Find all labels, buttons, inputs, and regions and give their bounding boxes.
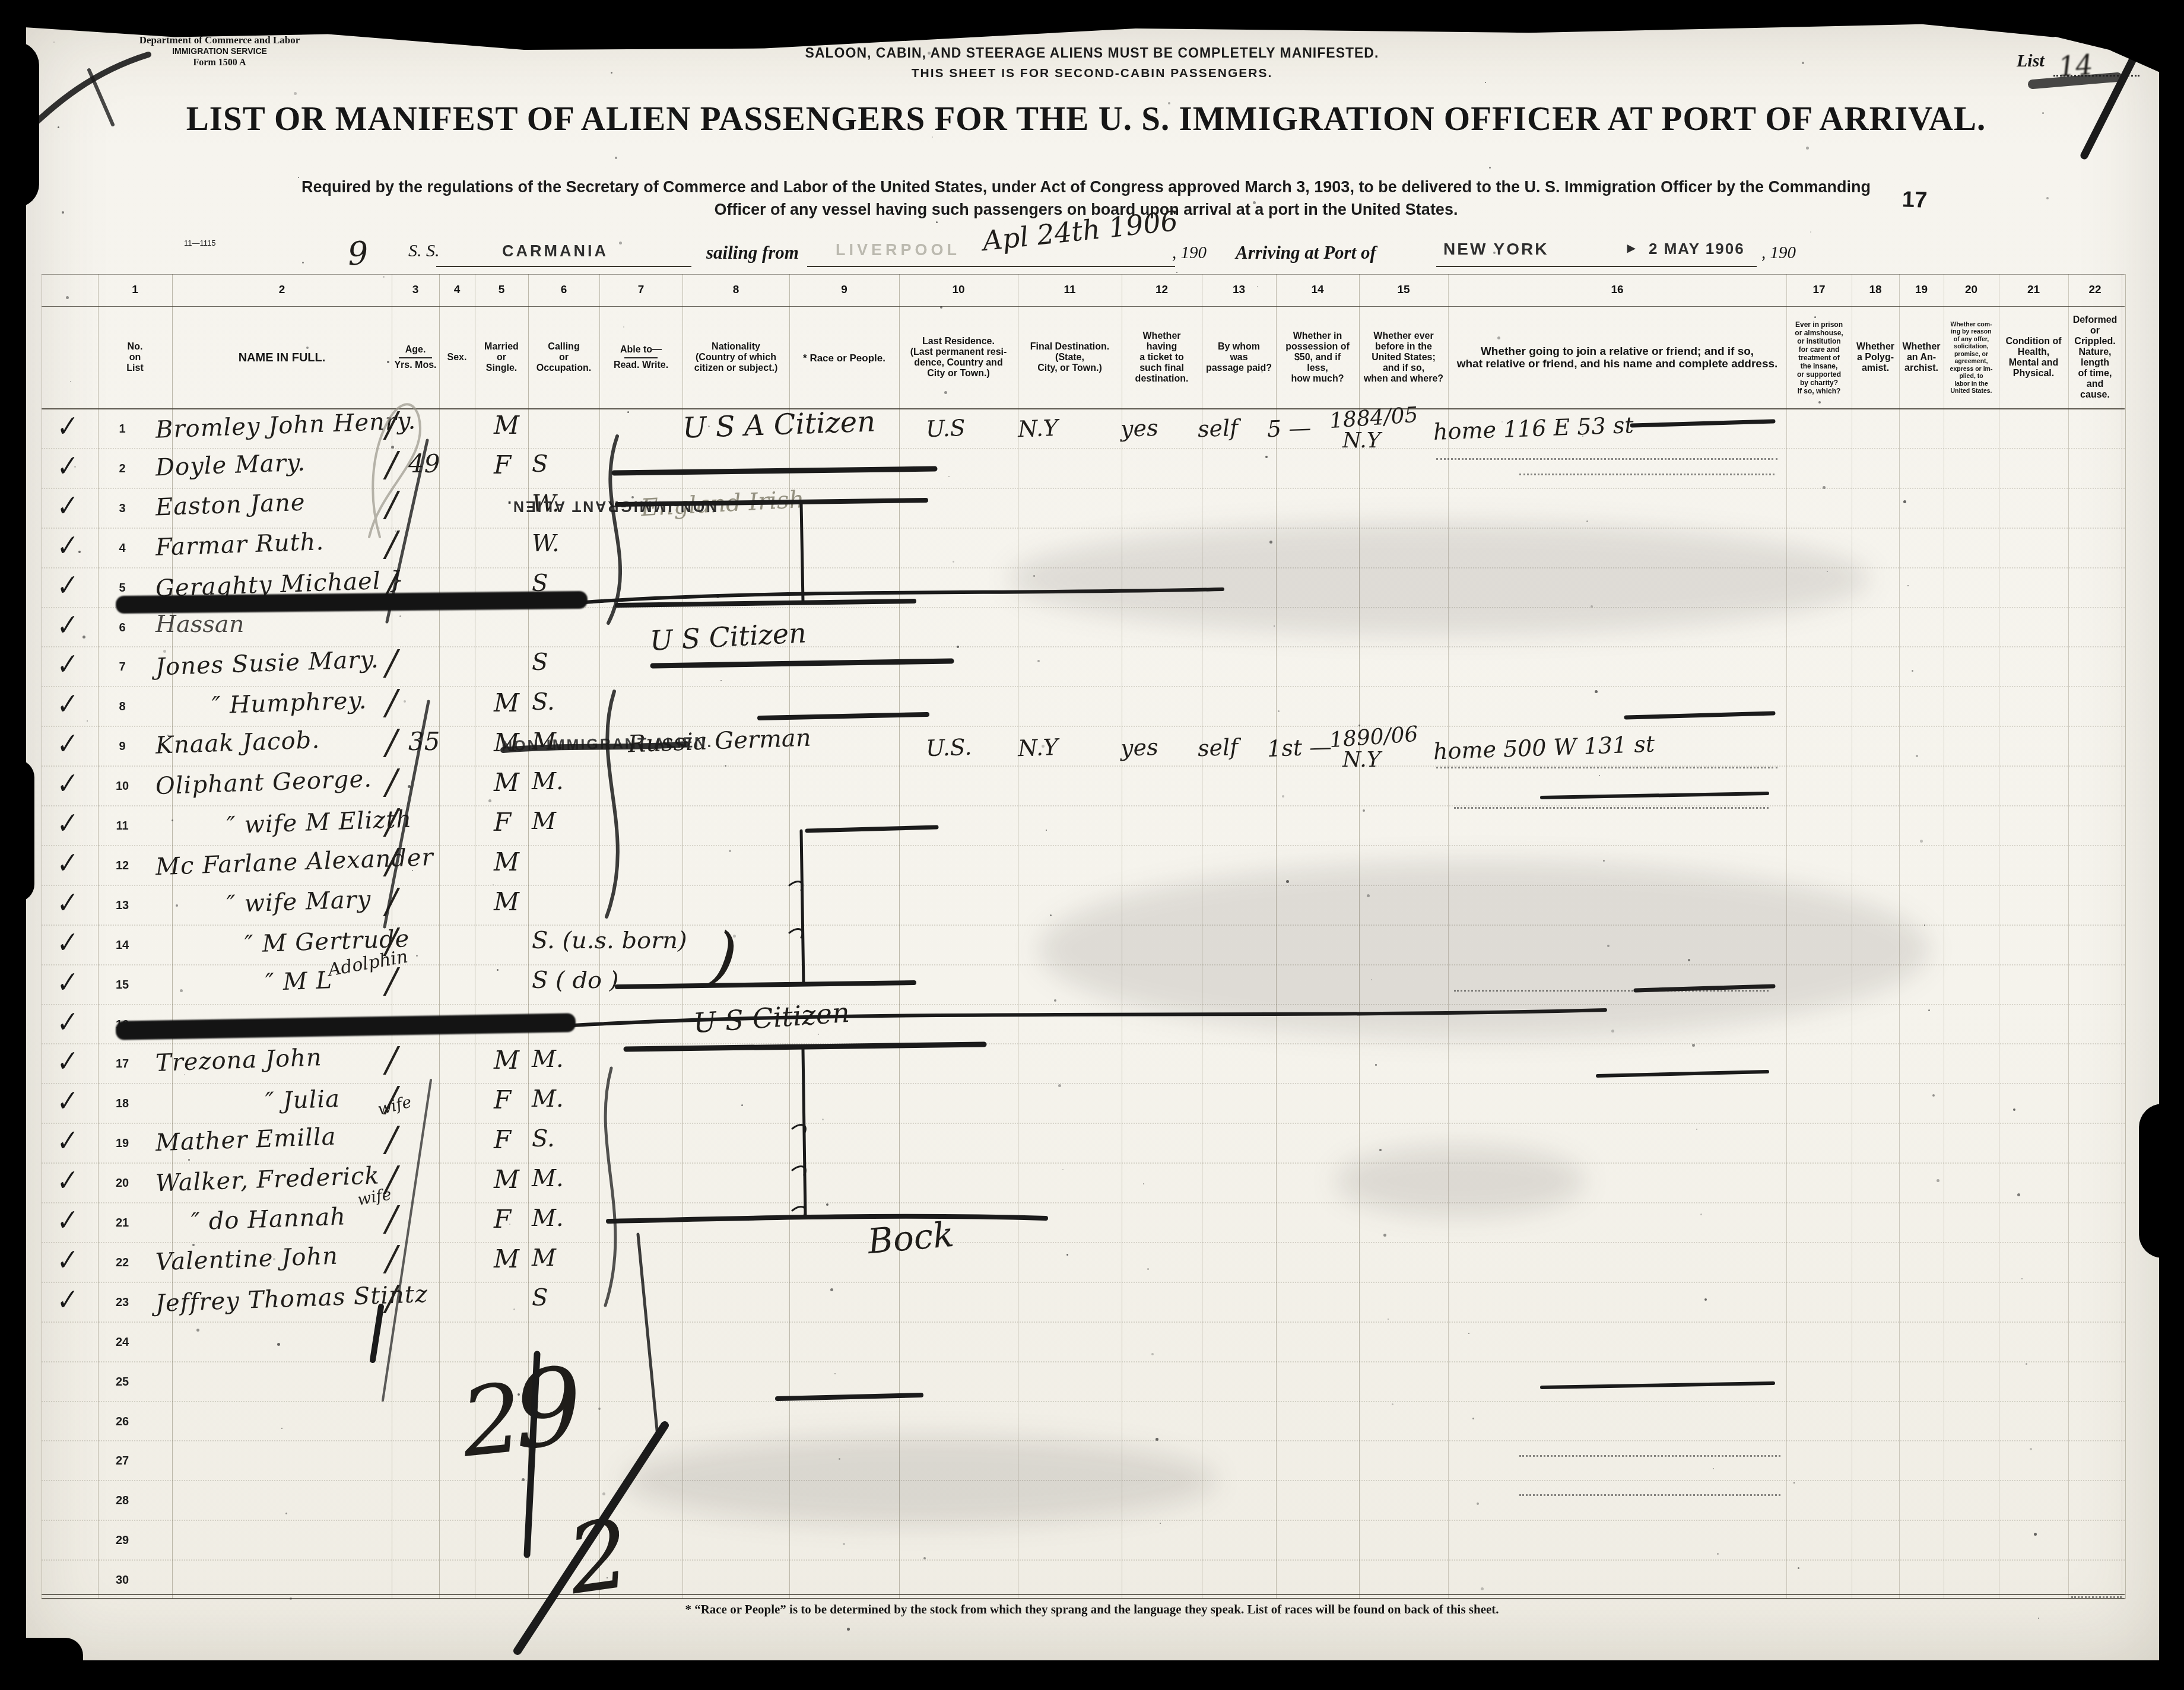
- scan-speckle: [611, 72, 612, 74]
- scan-smudge: [623, 1436, 1217, 1525]
- name-tick-mark: /: [386, 881, 398, 922]
- column-header-22: Deformed orCrippled.Nature, lengthof tim…: [2070, 310, 2120, 406]
- scan-speckle: [1924, 925, 1925, 926]
- row-number: 26: [116, 1415, 129, 1429]
- last_residence-value-row9: U.S.: [925, 734, 972, 762]
- header-label-line: labor in the: [1954, 380, 1988, 388]
- scan-speckle: [741, 1104, 743, 1106]
- header-label-line: on: [129, 352, 141, 363]
- scan-speckle: [615, 157, 617, 159]
- scan-speckle: [1827, 571, 1828, 572]
- column-number: 17: [1812, 284, 1825, 297]
- marital-value: M: [532, 808, 556, 835]
- sailing-from-label: sailing from: [706, 242, 799, 263]
- scan-speckle: [1388, 1319, 1389, 1320]
- header-label-line: less,: [1307, 363, 1328, 374]
- header-rule: [399, 357, 432, 358]
- header-label-line: United States.: [1950, 387, 1992, 395]
- scan-speckle: [839, 1458, 840, 1460]
- scan-speckle: [1358, 725, 1360, 726]
- scan-speckle: [188, 1159, 190, 1161]
- scan-speckle: [737, 1019, 738, 1021]
- scan-speckle: [501, 1054, 503, 1056]
- column-header-19: Whetheran An-archist.: [1901, 310, 1942, 406]
- scan-speckle: [172, 819, 173, 821]
- header-label-line: how much?: [1291, 374, 1344, 385]
- scan-speckle: [2013, 1108, 2015, 1111]
- scan-speckle: [936, 221, 938, 223]
- row-separator: [42, 1361, 2125, 1362]
- header-label-line: Last Residence.: [922, 336, 995, 347]
- sex-value: F: [494, 450, 511, 479]
- scan-speckle: [843, 1543, 845, 1545]
- column-number: 5: [499, 284, 505, 297]
- ship-name-stamp: CARMANIA: [502, 242, 608, 261]
- scan-speckle: [290, 1597, 292, 1600]
- scan-speckle: [1379, 1149, 1382, 1151]
- scan-speckle: [58, 126, 59, 128]
- sex-value: F: [494, 808, 511, 837]
- scan-speckle: [277, 1343, 280, 1346]
- document-title: LIST OR MANIFEST OF ALIEN PASSENGERS FOR…: [107, 100, 2065, 138]
- scan-speckle: [851, 122, 852, 123]
- column-number: 6: [561, 284, 567, 297]
- row-separator: [42, 1559, 2125, 1561]
- paid_by-value-row9: self: [1197, 734, 1239, 761]
- scan-speckle: [716, 595, 719, 598]
- row-number: 7: [119, 660, 125, 674]
- scan-speckle: [387, 361, 389, 363]
- column-number: 2: [279, 284, 285, 297]
- header-label-line: Nature, length: [2070, 347, 2120, 369]
- scan-speckle: [1586, 520, 1588, 522]
- scan-speckle: [1810, 231, 1811, 233]
- column-number: 21: [2027, 284, 2040, 297]
- header-label-line: was: [1230, 352, 1247, 363]
- scan-speckle: [1481, 1587, 1484, 1590]
- column-header-18: Whethera Polyg-amist.: [1853, 310, 1897, 406]
- column-header-9: * Race or People.: [791, 310, 897, 406]
- scan-speckle: [619, 242, 622, 244]
- scan-speckle: [1037, 660, 1040, 662]
- row-number: 18: [116, 1097, 129, 1111]
- scan-speckle: [1274, 625, 1275, 627]
- scan-speckle: [1265, 456, 1268, 458]
- scan-speckle: [623, 326, 624, 328]
- sex-value: F: [494, 1085, 511, 1114]
- scan-speckle: [1493, 252, 1496, 254]
- column-number: 4: [454, 284, 461, 297]
- name-tick-mark: /: [386, 802, 398, 842]
- scan-smudge: [1335, 1145, 1585, 1216]
- scan-speckle: [1147, 1268, 1149, 1270]
- row-number: 13: [116, 899, 129, 913]
- scan-speckle: [708, 425, 710, 427]
- scan-speckle: [70, 381, 71, 382]
- row-number: 12: [116, 859, 129, 873]
- scan-speckle: [1046, 830, 1047, 831]
- table-horizontal-rule: [42, 1594, 2125, 1595]
- scan-speckle: [306, 347, 309, 349]
- row-number: 4: [119, 542, 125, 555]
- arrival-port-stamp: NEW YORK: [1443, 240, 1549, 259]
- header-label-line: Whether: [1903, 342, 1941, 352]
- page-number-stamp: 17: [1902, 187, 1928, 213]
- marital-value: M.: [532, 1085, 564, 1113]
- scan-speckle: [1607, 945, 1610, 947]
- scan-speckle: [1591, 605, 1593, 608]
- scan-speckle: [281, 1428, 282, 1429]
- passenger-name: ″ M L: [265, 967, 332, 996]
- before-where-value-row2: N.Y: [1342, 428, 1380, 453]
- sex-value: M: [494, 411, 519, 440]
- scan-speckle: [1818, 401, 1821, 404]
- scan-border-left-bulge: [0, 42, 39, 208]
- column-number: 18: [1869, 284, 1881, 297]
- scan-speckle: [2017, 1193, 2020, 1196]
- header-label-line: Single.: [486, 363, 517, 374]
- sex-value: M: [494, 1165, 519, 1194]
- passenger-name: ″ do Hannah: [191, 1203, 346, 1235]
- passenger-name: Farmar Ruth.: [155, 528, 324, 561]
- ship-name-underline: [436, 266, 691, 267]
- sex-value: M: [494, 688, 519, 717]
- scan-speckle: [1932, 1094, 1935, 1097]
- row-separator: [42, 1083, 2125, 1084]
- header-label-line: Condition of: [2005, 336, 2061, 347]
- scan-speckle: [631, 496, 634, 498]
- scan-speckle: [1798, 1567, 1799, 1569]
- scan-speckle: [1383, 1234, 1386, 1237]
- header-label-line: of time, and: [2070, 369, 2120, 390]
- marital-value: S.: [532, 1125, 555, 1152]
- agency-line3: Form 1500 A: [125, 57, 315, 68]
- row-number: 5: [119, 582, 125, 595]
- column-header-5: MarriedorSingle.: [477, 310, 526, 406]
- header-label-line: amist.: [1862, 363, 1889, 374]
- header-label-line: NAME IN FULL.: [239, 351, 326, 364]
- column-header-21: Condition ofHealth,Mental andPhysical.: [2001, 310, 2066, 406]
- header-label-line: If so, which?: [1798, 387, 1841, 395]
- row-separator: [42, 488, 2125, 489]
- scan-speckle: [1062, 1169, 1064, 1170]
- marital-value: M.: [532, 1046, 564, 1073]
- scan-speckle: [725, 765, 726, 767]
- column-header-4: Sex.: [441, 310, 473, 406]
- list-label: List: [2017, 51, 2045, 71]
- scan-speckle: [1269, 541, 1272, 544]
- row-separator: [42, 1321, 2125, 1323]
- scan-speckle: [408, 785, 411, 788]
- scan-speckle: [1477, 1502, 1479, 1505]
- header-label-line: Whether in: [1293, 331, 1342, 342]
- header-label-line: Whether: [1856, 342, 1894, 352]
- scan-speckle: [294, 92, 297, 95]
- scan-speckle: [847, 1628, 850, 1631]
- column-header-10: Last Residence.(Last permanent resi-denc…: [901, 310, 1016, 406]
- scan-border-left-bulge2: [0, 760, 34, 902]
- notice-line2: THIS SHEET IS FOR SECOND-CABIN PASSENGER…: [499, 66, 1685, 81]
- header-label-line: the insane,: [1801, 362, 1838, 370]
- scan-speckle: [1603, 860, 1605, 862]
- column-number: 11: [1064, 284, 1075, 297]
- scan-speckle: [1472, 1418, 1474, 1419]
- header-label-line: an An-: [1907, 352, 1936, 363]
- scan-speckle: [1793, 1482, 1795, 1483]
- scan-speckle: [953, 561, 954, 563]
- scan-speckle: [1912, 670, 1913, 672]
- scan-speckle: [399, 615, 401, 617]
- scan-speckle: [404, 700, 406, 703]
- name-tick-mark: /: [386, 1040, 398, 1080]
- column-number: 9: [841, 284, 847, 297]
- column-header-13: By whomwaspassage paid?: [1204, 310, 1274, 406]
- row-separator: [42, 528, 2125, 529]
- arriving-label: Arriving at Port of: [1236, 242, 1376, 263]
- scan-speckle: [1700, 1214, 1702, 1215]
- scan-speckle: [1920, 840, 1923, 843]
- row-number: 3: [119, 502, 125, 516]
- column-header-20: Whether com-ing by reasonof any offer,so…: [1945, 310, 1997, 406]
- scan-speckle: [1599, 775, 1600, 776]
- scan-speckle: [1054, 999, 1056, 1002]
- scan-speckle: [729, 850, 731, 852]
- header-label-line: Whether ever: [1373, 331, 1433, 342]
- row-number: 27: [116, 1454, 129, 1468]
- arrival-marker-icon: ▸: [1627, 239, 1637, 257]
- marital-value: M: [532, 1244, 556, 1272]
- arrival-underline: [1436, 266, 1757, 267]
- form-code: 11—1115: [184, 239, 216, 247]
- scan-smudge: [1009, 522, 1869, 635]
- last_residence-value-row2: U.S: [925, 415, 966, 442]
- row-separator: [42, 448, 2125, 449]
- scan-border-right: [2159, 0, 2184, 1690]
- name-tick-mark: /: [386, 1199, 398, 1239]
- scan-speckle: [302, 262, 304, 263]
- table-horizontal-rule: [42, 274, 2125, 275]
- scan-speckle: [184, 1074, 185, 1075]
- scan-speckle: [1501, 421, 1503, 422]
- row-number: 29: [116, 1534, 129, 1548]
- scan-speckle: [720, 680, 722, 681]
- scan-speckle: [1392, 1403, 1393, 1405]
- marital-value: M.: [532, 768, 564, 795]
- scan-speckle: [1468, 1333, 1469, 1334]
- name-tick-mark: /: [386, 762, 398, 802]
- header-label-line: what relative or friend, and his name an…: [1457, 358, 1778, 370]
- table-right-double-rule: [2125, 274, 2126, 1599]
- name-tick-mark: /: [386, 444, 398, 485]
- row-number: 28: [116, 1494, 129, 1508]
- header-label-line: or almshouse,: [1795, 329, 1843, 337]
- scan-speckle: [176, 904, 178, 907]
- scan-speckle: [87, 720, 88, 722]
- dotted-leader-line: [1436, 767, 1777, 768]
- non-immigrant-alien-stamp: NON-IMMIGRANT ALIEN.: [506, 497, 717, 514]
- scan-speckle: [1907, 585, 1909, 586]
- sex-value: M: [494, 847, 519, 876]
- scan-speckle: [1058, 1084, 1061, 1087]
- scan-speckle: [497, 969, 499, 971]
- header-label-line: express or im-: [1950, 366, 1993, 373]
- row-separator: [42, 1202, 2125, 1203]
- column-number: 1: [132, 284, 138, 297]
- header-label-line: when and where?: [1364, 374, 1443, 385]
- scan-speckle: [1261, 371, 1263, 373]
- name-tick-mark: /: [386, 524, 398, 564]
- header-label-line: before in the: [1375, 342, 1432, 352]
- column-number: 20: [1965, 284, 1977, 297]
- column-header-1: No.onList: [100, 310, 170, 406]
- row-separator: [42, 1520, 2125, 1521]
- header-label-line: Nationality: [712, 342, 760, 352]
- header-label-line: a Polyg-: [1857, 352, 1894, 363]
- passenger-name-struck: Hassan: [155, 611, 244, 638]
- scan-speckle: [1367, 894, 1370, 897]
- header-label-line: Sex.: [447, 352, 467, 363]
- ticket-value-row9: yes: [1120, 734, 1158, 761]
- dotted-leader-line: [1519, 1494, 1780, 1496]
- row-number: 1: [119, 422, 125, 436]
- passenger-name: Doyle Mary.: [155, 449, 306, 481]
- sex-value: M: [494, 768, 519, 797]
- sheet-tally-hw: 9: [347, 234, 369, 273]
- scan-speckle: [74, 466, 76, 468]
- header-label-line: plied, to: [1959, 373, 1983, 380]
- row-number: 8: [119, 700, 125, 714]
- scan-speckle: [1823, 486, 1826, 489]
- passenger-name: ″ Humphrey.: [211, 687, 367, 720]
- scan-speckle: [1286, 880, 1289, 883]
- sex-value: M: [494, 1244, 519, 1273]
- sex-value: F: [494, 1125, 511, 1154]
- scan-speckle: [2042, 112, 2044, 114]
- column-number: 3: [412, 284, 419, 297]
- manifest-scan-page: Department of Commerce and Labor IMMIGRA…: [0, 0, 2184, 1690]
- marital-value: M.: [532, 1205, 564, 1232]
- scan-speckle: [1916, 755, 1918, 757]
- list-crossed-number: 14: [2057, 49, 2094, 83]
- column-number: 14: [1311, 284, 1323, 297]
- scan-speckle: [505, 1139, 508, 1142]
- marital-value: S.: [532, 688, 555, 716]
- header-label-line: cause.: [2080, 390, 2110, 401]
- scan-speckle: [1176, 272, 1177, 273]
- header-label-line: ing by reason: [1951, 328, 1991, 336]
- header-label-line: or institution: [1797, 337, 1840, 345]
- scan-speckle: [1066, 1254, 1068, 1256]
- header-label-line: City or Town.): [927, 369, 989, 379]
- scan-speckle: [2046, 197, 2049, 199]
- scan-speckle: [518, 1393, 520, 1396]
- row-separator: [42, 1440, 2125, 1441]
- dotted-leader-line: [1519, 474, 1774, 475]
- column-number: 8: [733, 284, 739, 297]
- non-immigrant-alien-stamp: NON-IMMIGRANT ALIEN.: [501, 734, 713, 755]
- row-number: 30: [116, 1574, 129, 1587]
- column-number: 10: [952, 284, 964, 297]
- header-label-line: solicitation,: [1954, 343, 1988, 351]
- scan-speckle: [1814, 316, 1816, 318]
- row-separator: [42, 805, 2125, 806]
- scan-speckle: [1143, 1183, 1144, 1184]
- departure-underline: [807, 266, 1175, 267]
- scan-speckle: [1363, 809, 1365, 812]
- header-label-line: destination.: [1135, 374, 1189, 385]
- scan-speckle: [1050, 914, 1052, 916]
- row-number: 11: [116, 819, 128, 833]
- scan-speckle: [395, 530, 396, 532]
- column-header-16: Whether going to join a relative or frie…: [1450, 310, 1785, 406]
- scan-speckle: [180, 989, 183, 992]
- header-label-line: possession of: [1285, 342, 1350, 352]
- row-number: 25: [116, 1375, 129, 1389]
- scan-speckle: [1578, 351, 1581, 354]
- scan-speckle: [1375, 1064, 1377, 1066]
- column-header-6: CallingorOccupation.: [530, 310, 598, 406]
- column-header-8: Nationality(Country of whichcitizen or s…: [684, 310, 788, 406]
- name-tick-mark: /: [386, 1119, 398, 1160]
- scan-speckle: [1164, 1608, 1166, 1609]
- marital-value: S ( do ): [532, 967, 618, 994]
- ss-label: S. S.: [408, 241, 440, 261]
- column-header-3: Age.Yrs. Mos.: [393, 310, 437, 406]
- scan-speckle: [1611, 1030, 1614, 1033]
- before-where-value-row9: N.Y: [1342, 748, 1380, 772]
- header-label-line: $50, and if: [1294, 352, 1341, 363]
- row-number: 2: [119, 462, 125, 476]
- agency-line2: IMMIGRATION SERVICE: [125, 46, 315, 57]
- column-number: 15: [1397, 284, 1410, 297]
- header-label-line: treatment of: [1798, 354, 1839, 362]
- scan-speckle: [509, 1224, 510, 1225]
- row-number: 19: [116, 1137, 129, 1151]
- row-number: 17: [116, 1057, 129, 1071]
- row-number: 22: [116, 1256, 129, 1270]
- scan-speckle: [607, 1577, 608, 1578]
- header-label-line: United States;: [1372, 352, 1436, 363]
- header-rule: [624, 357, 658, 358]
- scan-speckle: [391, 446, 394, 449]
- marital-value: S. (u.s. born): [532, 927, 687, 954]
- header-label-line: Whether going to join a relative or frie…: [1481, 345, 1754, 358]
- scan-speckle: [66, 296, 69, 299]
- scan-speckle: [273, 1258, 275, 1260]
- column-header-11: Final Destination.(State,City, or Town.): [1020, 310, 1120, 406]
- scan-speckle: [712, 510, 715, 513]
- header-label-line: (Country of which: [696, 352, 776, 363]
- header-label-line: Yrs. Mos.: [394, 360, 436, 371]
- column-number: 13: [1233, 284, 1245, 297]
- destination-value-row2: N.Y: [1017, 415, 1058, 442]
- scan-speckle: [733, 935, 736, 938]
- departure-port-stamp: LIVERPOOL: [836, 241, 960, 259]
- marital-value: W.: [532, 530, 560, 557]
- paid_by-value-row2: self: [1197, 415, 1239, 442]
- header-label-line: Crippled.: [2074, 336, 2115, 347]
- name-tick-mark: /: [386, 682, 398, 723]
- scan-speckle: [928, 52, 931, 55]
- scan-speckle: [1160, 1523, 1161, 1524]
- dotted-leader-line: [1454, 807, 1769, 809]
- row-number: 9: [119, 740, 125, 754]
- header-label-line: Read. Write.: [614, 360, 668, 371]
- header-label-line: promise, or: [1954, 351, 1988, 358]
- handwritten-annotation: Bock: [866, 1214, 955, 1262]
- column-header-15: Whether everbefore in theUnited States;a…: [1361, 310, 1446, 406]
- header-label-line: a ticket to: [1139, 352, 1184, 363]
